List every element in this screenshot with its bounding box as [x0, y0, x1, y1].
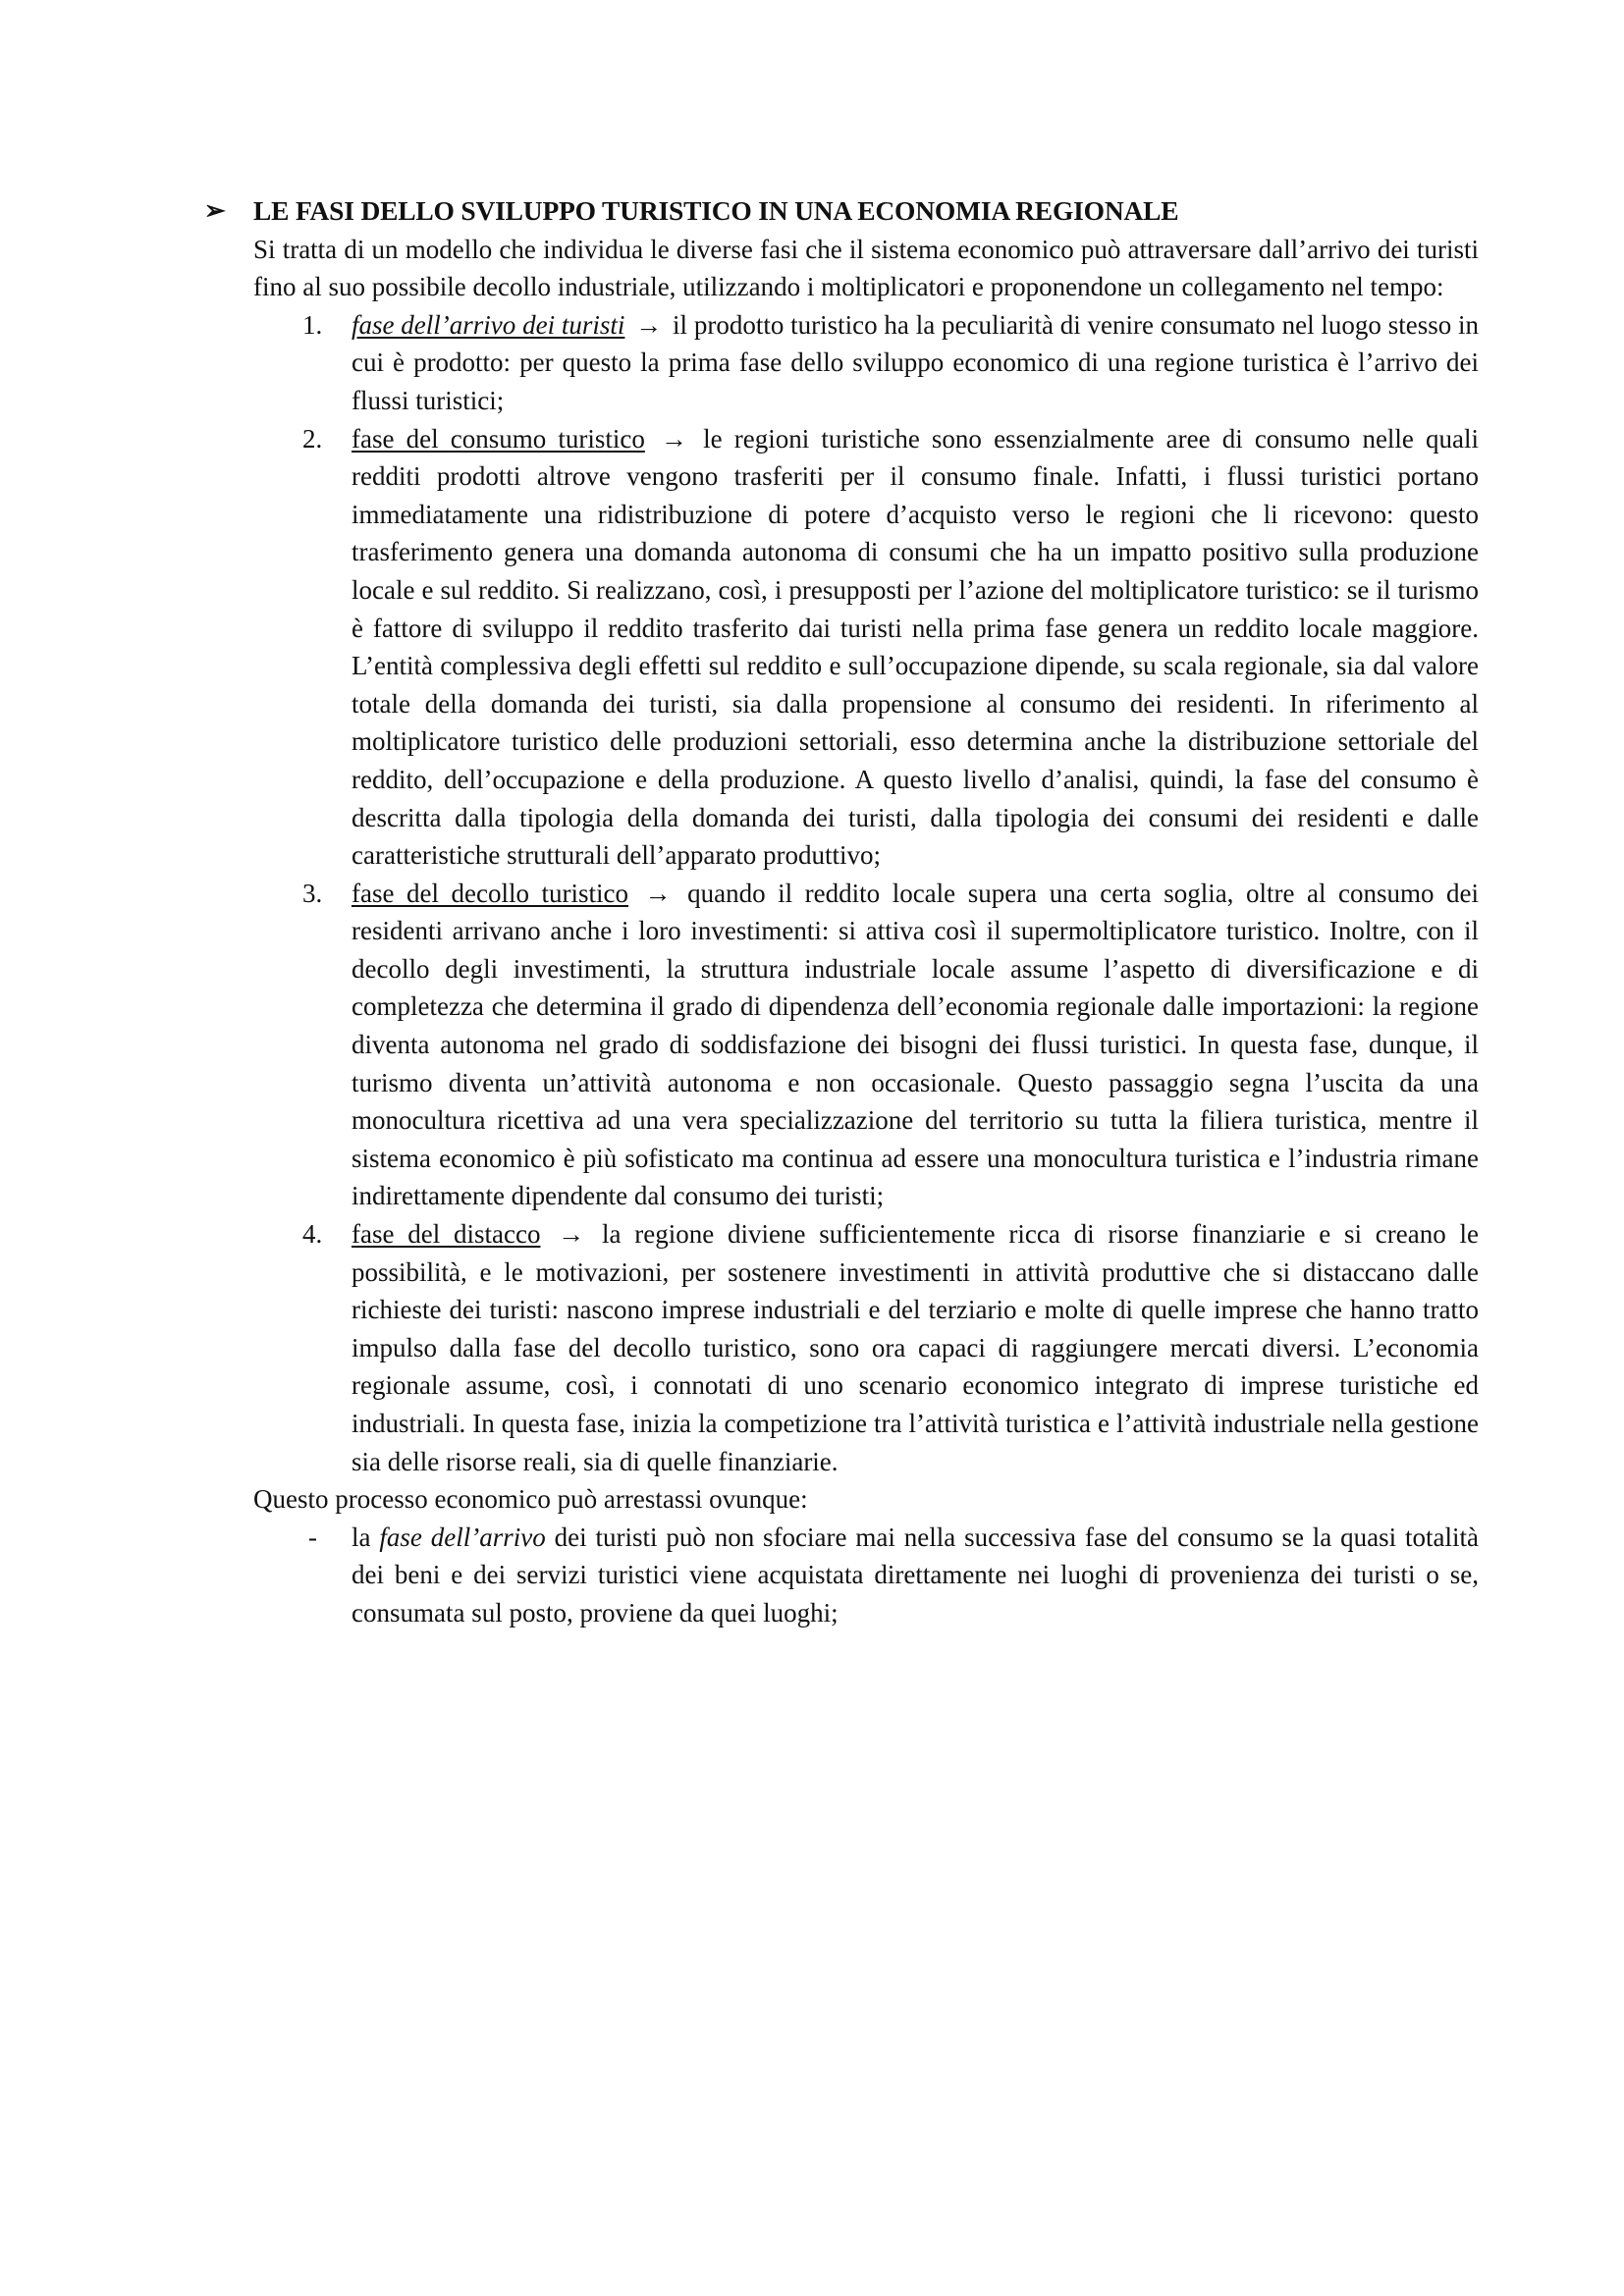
list-number: 1.	[302, 306, 322, 345]
right-arrow-icon: →	[641, 879, 676, 908]
list-number: 3.	[302, 875, 322, 913]
right-arrow-icon: →	[657, 424, 691, 454]
phase-description: quando il reddito locale supera una cert…	[352, 879, 1479, 1211]
stop-prefix: la	[352, 1522, 371, 1552]
right-arrow-icon: →	[554, 1219, 588, 1249]
phase-title: fase dell’arrivo dei turisti	[352, 310, 624, 340]
phase-item-2: 2. fase del consumo turistico → le regio…	[253, 420, 1479, 875]
list-number: 2.	[302, 420, 322, 458]
stop-emphasis: fase dell’arrivo	[379, 1522, 545, 1552]
heading-title: LE FASI DELLO SVILUPPO TURISTICO IN UNA …	[253, 195, 1178, 226]
phase-title: fase del decollo turistico	[352, 879, 628, 908]
phase-description: la regione diviene sufficientemente ricc…	[352, 1219, 1479, 1476]
list-number: 4.	[302, 1215, 322, 1254]
stops-list: - la fase dell’arrivo dei turisti può no…	[253, 1519, 1479, 1632]
intro-paragraph: Si tratta di un modello che individua le…	[253, 231, 1479, 306]
phase-item-3: 3. fase del decollo turistico → quando i…	[253, 875, 1479, 1215]
dash-bullet: -	[308, 1519, 317, 1557]
right-arrow-icon: →	[631, 310, 666, 340]
outro-paragraph: Questo processo economico può arrestassi…	[253, 1480, 1479, 1519]
phase-item-4: 4. fase del distacco → la regione divien…	[253, 1215, 1479, 1480]
document-page: ➢ LE FASI DELLO SVILUPPO TURISTICO IN UN…	[0, 0, 1624, 2296]
arrowhead-bullet-icon: ➢	[204, 192, 226, 231]
section-heading: ➢ LE FASI DELLO SVILUPPO TURISTICO IN UN…	[253, 192, 1479, 231]
phases-list: 1. fase dell’arrivo dei turisti → il pro…	[253, 306, 1479, 1480]
stop-item-1: - la fase dell’arrivo dei turisti può no…	[253, 1519, 1479, 1632]
phase-description: le regioni turistiche sono essenzialment…	[352, 424, 1479, 871]
phase-title: fase del consumo turistico	[352, 424, 645, 454]
section-tourism-phases: ➢ LE FASI DELLO SVILUPPO TURISTICO IN UN…	[253, 192, 1479, 1632]
phase-item-1: 1. fase dell’arrivo dei turisti → il pro…	[253, 306, 1479, 420]
phase-title: fase del distacco	[352, 1219, 540, 1249]
